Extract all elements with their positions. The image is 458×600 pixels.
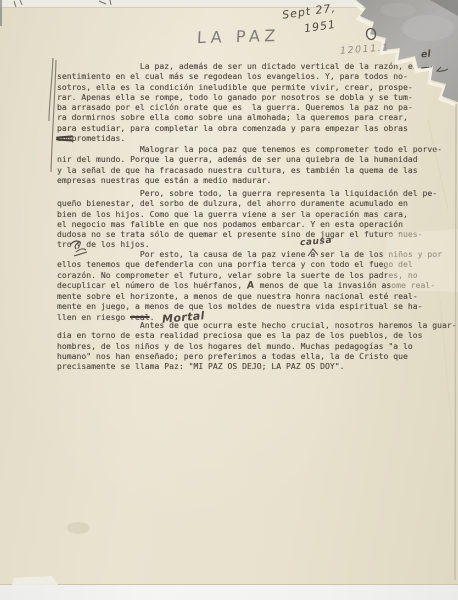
typed-line: Malograr la poca paz que tenemos es comp… — [57, 144, 442, 154]
typed-line: humano" nos han enseñado; pero preferimo… — [57, 351, 457, 361]
scanned-document-page: La paz, además de ser un dictado vertica… — [0, 0, 458, 600]
typed-line: Antes de que ocurra este hecho crucial, … — [57, 320, 457, 330]
typed-line: Pero, sobre todo, la guerra representa l… — [57, 188, 437, 198]
typed-segment: rar. Apenas ella se rompe, todo lo ganad… — [57, 92, 413, 102]
typed-segment: dudosa no se trata sólo de quemar el pre… — [57, 229, 422, 239]
typed-line: Por esto, la causa de la paz viene a ser… — [57, 249, 442, 259]
typed-line: corazón. No comprometer el futuro, velar… — [57, 270, 442, 280]
typed-segment: empresas nuestras que están a medio madu… — [57, 175, 271, 185]
typed-segment: menos de que la invasión asome real- — [255, 280, 435, 290]
typed-segment: precisamente se llama Paz: "MI PAZ OS DE… — [57, 361, 345, 371]
typed-line: bien de los hijos. Como que la guerra vi… — [57, 209, 437, 219]
typed-segment: Antes de que ocurra este hecho crucial, … — [57, 320, 457, 330]
typed-segment: para estudiar, para completar la obra co… — [57, 123, 408, 133]
typed-line: hombres, de los niños y de los hogares d… — [57, 341, 457, 351]
handwritten-correction-el: el — [420, 49, 431, 61]
typed-line: ra dormirnos sobre ella como sobre una a… — [57, 112, 432, 122]
typed-segment: prometidas. — [72, 133, 126, 143]
typed-segment: queño bienestar, del sorbo de dulzura, d… — [57, 198, 408, 208]
typed-line: rar. Apenas ella se rompe, todo lo ganad… — [57, 92, 432, 102]
typed-segment: humano" nos han enseñado; pero preferimo… — [57, 351, 408, 361]
typed-segment: corazón. No comprometer el futuro, velar… — [57, 270, 418, 280]
paragraph: Antes de que ocurra este hecho crucial, … — [57, 320, 457, 371]
paragraph: Malograr la poca paz que tenemos es comp… — [57, 144, 442, 185]
typed-segment: mente sobre el horizonte, a menos de que… — [57, 291, 418, 301]
typed-segment: tro y de los hijos. — [57, 239, 150, 249]
typed-line: mente sobre el horizonte, a menos de que… — [57, 291, 442, 301]
correction-hw: A — [246, 280, 255, 291]
typed-line: y la señal de que ha fracasado nuestra c… — [57, 165, 442, 175]
paragraph: Por esto, la causa de la paz viene a ser… — [57, 249, 442, 322]
handwritten-title: LA PAZ — [197, 26, 281, 47]
typed-segment: Por esto, la causa de la paz viene a ser… — [57, 249, 442, 259]
under-sheet — [0, 585, 458, 600]
typed-line: nir del mundo. Porque la guerra, además … — [57, 154, 442, 164]
typed-segment: y la señal de que ha fracasado nuestra c… — [57, 165, 418, 175]
typed-segment: sentimiento en el cual más se regodean l… — [57, 71, 408, 81]
typed-segment: el negocio mas falible en que nos podamo… — [57, 219, 403, 229]
typed-segment: Malograr la poca paz que tenemos es comp… — [57, 144, 442, 154]
typed-segment: ellos tenemos que defenderla con una por… — [57, 259, 413, 269]
correction-smear: com — [57, 133, 72, 143]
typed-line: queño bienestar, del sorbo de dulzura, d… — [57, 198, 437, 208]
typed-line: dudosa no se trata sólo de quemar el pre… — [57, 229, 437, 239]
typed-line: La paz, además de ser un dictado vertica… — [57, 61, 432, 71]
typed-segment: bien de los hijos. Como que la guerra vi… — [57, 209, 408, 219]
typed-segment: dia en torno de esta realidad preciosa q… — [57, 330, 422, 340]
typed-line: para estudiar, para completar la obra co… — [57, 123, 432, 133]
typed-line: mente en juego, a menos de que los molde… — [57, 301, 442, 311]
typed-segment: ba arrasado por el ciclón orate que es l… — [57, 102, 413, 112]
typed-line: empresas nuestras que están a medio madu… — [57, 175, 442, 185]
typed-line: precisamente se llama Paz: "MI PAZ OS DE… — [57, 361, 457, 371]
paragraph: La paz, además de ser un dictado vertica… — [57, 61, 432, 143]
typed-line: el negocio mas falible en que nos podamo… — [57, 219, 437, 229]
typed-line: dia en torno de esta realidad preciosa q… — [57, 330, 457, 340]
typed-line: ba arrasado por el ciclón orate que es l… — [57, 102, 432, 112]
typed-line: sentimiento en el cual más se regodean l… — [57, 71, 432, 81]
typed-segment: sotros, ella es la condición ineludible … — [57, 82, 413, 92]
typed-segment: mente en juego, a menos de que los molde… — [57, 301, 422, 311]
typed-line: comprometidas. — [57, 133, 432, 143]
typed-line: decuplicar el número de los huérfanos, A… — [57, 280, 442, 291]
typed-line: ellos tenemos que defenderla con una por… — [57, 259, 442, 269]
typed-segment: La paz, además de ser un dictado vertica… — [57, 61, 422, 71]
typed-segment: ra dormirnos sobre ella como sobre una a… — [57, 112, 408, 122]
typed-line: sotros, ella es la condición ineludible … — [57, 82, 432, 92]
paragraph: Pero, sobre todo, la guerra representa l… — [57, 188, 437, 250]
typed-segment: decuplicar el número de los huérfanos, — [57, 280, 247, 290]
typed-segment: Pero, sobre todo, la guerra representa l… — [57, 188, 437, 198]
typed-segment: hombres, de los niños y de los hogares d… — [57, 341, 413, 351]
typed-segment: nir del mundo. Porque la guerra, además … — [57, 154, 418, 164]
correction-smear: un — [422, 61, 432, 71]
